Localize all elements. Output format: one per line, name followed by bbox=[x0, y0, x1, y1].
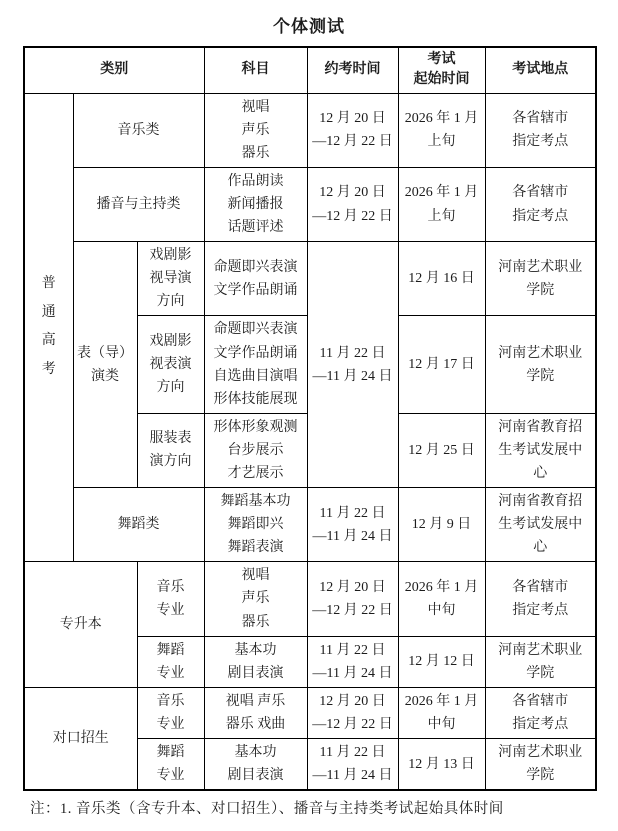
cell-zsb-dance-subjects: 基本功 剧目表演 bbox=[204, 636, 307, 687]
section-gaokao-label: 普通高考 bbox=[41, 270, 56, 385]
cell-dk-dance-start: 12 月 13 日 bbox=[398, 739, 485, 791]
header-appointment-time: 约考时间 bbox=[307, 47, 398, 93]
cell-zsb-music-subjects: 视唱 声乐 器乐 bbox=[204, 562, 307, 636]
cell-music-subjects: 视唱 声乐 器乐 bbox=[204, 93, 307, 167]
cell-broadcast-subjects: 作品朗读 新闻播报 话题评述 bbox=[204, 167, 307, 241]
cell-fashion-subjects: 形体形象观测 台步展示 才艺展示 bbox=[204, 413, 307, 487]
cell-zsb-dance-location: 河南艺术职业 学院 bbox=[485, 636, 596, 687]
cell-acting-direction: 戏剧影 视表演 方向 bbox=[137, 316, 204, 413]
cell-performance-group-appointment: 11 月 22 日 —11 月 24 日 bbox=[307, 242, 398, 488]
row-broadcast: 播音与主持类 作品朗读 新闻播报 话题评述 12 月 20 日 —12 月 22… bbox=[24, 167, 596, 241]
cell-fashion-direction: 服装表 演方向 bbox=[137, 413, 204, 487]
cell-zsb-music-location: 各省辖市 指定考点 bbox=[485, 562, 596, 636]
cell-dance-start: 12 月 9 日 bbox=[398, 488, 485, 562]
cell-dk-music-subjects: 视唱 声乐 器乐 戏曲 bbox=[204, 687, 307, 738]
cell-zsb-dance-appointment: 11 月 22 日 —11 月 24 日 bbox=[307, 636, 398, 687]
cell-director-subjects: 命题即兴表演 文学作品朗诵 bbox=[204, 242, 307, 316]
cell-dk-dance-major: 舞蹈 专业 bbox=[137, 739, 204, 791]
cell-dance-appointment: 11 月 22 日 —11 月 24 日 bbox=[307, 488, 398, 562]
row-dk-music: 对口招生 音乐 专业 视唱 声乐 器乐 戏曲 12 月 20 日 —12 月 2… bbox=[24, 687, 596, 738]
cell-music-start: 2026 年 1 月 上旬 bbox=[398, 93, 485, 167]
cell-music-location: 各省辖市 指定考点 bbox=[485, 93, 596, 167]
cell-dk-dance-subjects: 基本功 剧目表演 bbox=[204, 739, 307, 791]
cell-section-zhuanshengben: 专升本 bbox=[24, 562, 137, 687]
cell-zsb-dance-start: 12 月 12 日 bbox=[398, 636, 485, 687]
cell-director-location: 河南艺术职业 学院 bbox=[485, 242, 596, 316]
cell-fashion-start: 12 月 25 日 bbox=[398, 413, 485, 487]
cell-director-start: 12 月 16 日 bbox=[398, 242, 485, 316]
cell-zsb-dance-major: 舞蹈 专业 bbox=[137, 636, 204, 687]
cell-zsb-music-major: 音乐 专业 bbox=[137, 562, 204, 636]
cell-performance-group-category: 表（导） 演类 bbox=[73, 242, 137, 488]
cell-dance-category: 舞蹈类 bbox=[73, 488, 204, 562]
exam-schedule-table: 类别 科目 约考时间 考试 起始时间 考试地点 普通高考 音乐类 视唱 声乐 器… bbox=[23, 46, 597, 791]
header-start-time: 考试 起始时间 bbox=[398, 47, 485, 93]
cell-dk-music-major: 音乐 专业 bbox=[137, 687, 204, 738]
cell-dance-location: 河南省教育招 生考试发展中 心 bbox=[485, 488, 596, 562]
cell-section-gaokao: 普通高考 bbox=[24, 93, 73, 562]
cell-dk-music-appointment: 12 月 20 日 —12 月 22 日 bbox=[307, 687, 398, 738]
cell-zsb-music-start: 2026 年 1 月 中旬 bbox=[398, 562, 485, 636]
page-title: 个体测试 bbox=[0, 0, 618, 37]
cell-broadcast-category: 播音与主持类 bbox=[73, 167, 204, 241]
header-category: 类别 bbox=[24, 47, 204, 93]
cell-music-appointment: 12 月 20 日 —12 月 22 日 bbox=[307, 93, 398, 167]
cell-music-category: 音乐类 bbox=[73, 93, 204, 167]
cell-broadcast-appointment: 12 月 20 日 —12 月 22 日 bbox=[307, 167, 398, 241]
cell-director-direction: 戏剧影 视导演 方向 bbox=[137, 242, 204, 316]
row-zsb-music: 专升本 音乐 专业 视唱 声乐 器乐 12 月 20 日 —12 月 22 日 … bbox=[24, 562, 596, 636]
row-director: 表（导） 演类 戏剧影 视导演 方向 命题即兴表演 文学作品朗诵 11 月 22… bbox=[24, 242, 596, 316]
row-dance: 舞蹈类 舞蹈基本功 舞蹈即兴 舞蹈表演 11 月 22 日 —11 月 24 日… bbox=[24, 488, 596, 562]
cell-broadcast-location: 各省辖市 指定考点 bbox=[485, 167, 596, 241]
row-music: 普通高考 音乐类 视唱 声乐 器乐 12 月 20 日 —12 月 22 日 2… bbox=[24, 93, 596, 167]
cell-zsb-music-appointment: 12 月 20 日 —12 月 22 日 bbox=[307, 562, 398, 636]
cell-dance-subjects: 舞蹈基本功 舞蹈即兴 舞蹈表演 bbox=[204, 488, 307, 562]
cell-acting-location: 河南艺术职业 学院 bbox=[485, 316, 596, 413]
cell-dk-dance-appointment: 11 月 22 日 —11 月 24 日 bbox=[307, 739, 398, 791]
header-subject: 科目 bbox=[204, 47, 307, 93]
cell-acting-start: 12 月 17 日 bbox=[398, 316, 485, 413]
cell-dk-dance-location: 河南艺术职业 学院 bbox=[485, 739, 596, 791]
cell-acting-subjects: 命题即兴表演 文学作品朗诵 自选曲目演唱 形体技能展现 bbox=[204, 316, 307, 413]
table-header-row: 类别 科目 约考时间 考试 起始时间 考试地点 bbox=[24, 47, 596, 93]
cell-broadcast-start: 2026 年 1 月 上旬 bbox=[398, 167, 485, 241]
cell-fashion-location: 河南省教育招 生考试发展中 心 bbox=[485, 413, 596, 487]
footnote: 注：1. 音乐类（含专升本、对口招生）、播音与主持类考试起始具体时间 bbox=[30, 797, 504, 818]
header-location: 考试地点 bbox=[485, 47, 596, 93]
cell-dk-music-start: 2026 年 1 月 中旬 bbox=[398, 687, 485, 738]
cell-dk-music-location: 各省辖市 指定考点 bbox=[485, 687, 596, 738]
cell-section-duikou: 对口招生 bbox=[24, 687, 137, 790]
